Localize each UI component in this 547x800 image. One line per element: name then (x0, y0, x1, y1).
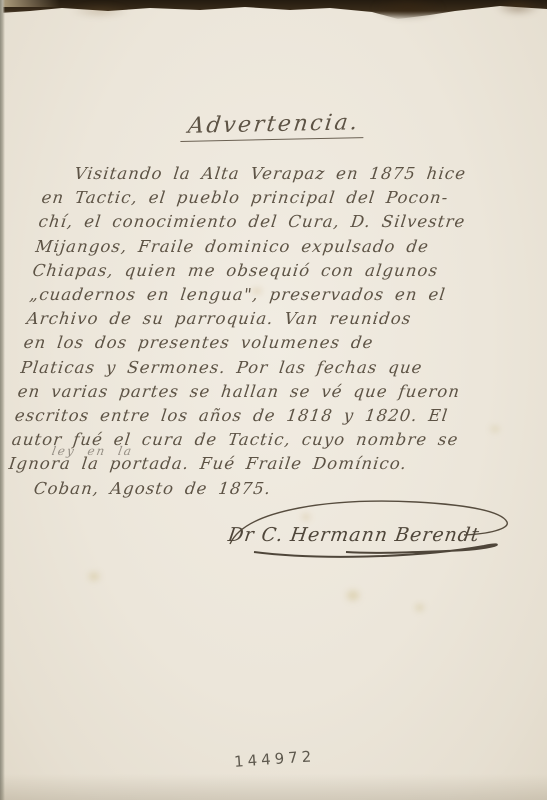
stain (489, 424, 501, 434)
page-top-edge (0, 0, 547, 20)
signature: Dr C. Hermann Berendt (216, 494, 524, 564)
signature-flourish-underline (254, 544, 497, 556)
document-title-text: Advertencia. (180, 110, 367, 142)
pencil-annotation: ley en la (51, 444, 135, 458)
stain (86, 570, 102, 583)
manuscript-line: escritos entre los años de 1818 y 1820. … (13, 404, 486, 428)
manuscript-line: Chiapas, quien me obsequió con algunos (31, 259, 504, 283)
manuscript-line: Visitando la Alta Verapaz en 1875 hice (43, 162, 516, 186)
manuscript-line: Platicas y Sermones. Por las fechas que (19, 356, 492, 380)
document-title: Advertencia. (0, 112, 547, 140)
page-top-corner (0, 0, 60, 7)
manuscript-line: en los dos presentes volumenes de (22, 331, 495, 355)
manuscript-line: chí, el conocimiento del Cura, D. Silves… (37, 210, 510, 234)
manuscript-line: Mijangos, Fraile dominico expulsado de (34, 235, 507, 259)
stain (344, 588, 362, 603)
manuscript-line: en Tactic, el pueblo principal del Pocon… (40, 186, 513, 210)
signature-text: Dr C. Hermann Berendt (226, 523, 482, 546)
catalog-number: 144972 (233, 747, 315, 771)
manuscript-page: Advertencia. Visitando la Alta Verapaz e… (0, 0, 547, 800)
page-bottom-shade (0, 774, 547, 800)
stain (413, 602, 426, 613)
manuscript-line: „cuadernos en lengua", preservados en el (28, 283, 501, 307)
manuscript-line: en varias partes se hallan se vé que fue… (16, 380, 489, 404)
manuscript-line: Archivo de su parroquia. Van reunidos (25, 307, 498, 331)
